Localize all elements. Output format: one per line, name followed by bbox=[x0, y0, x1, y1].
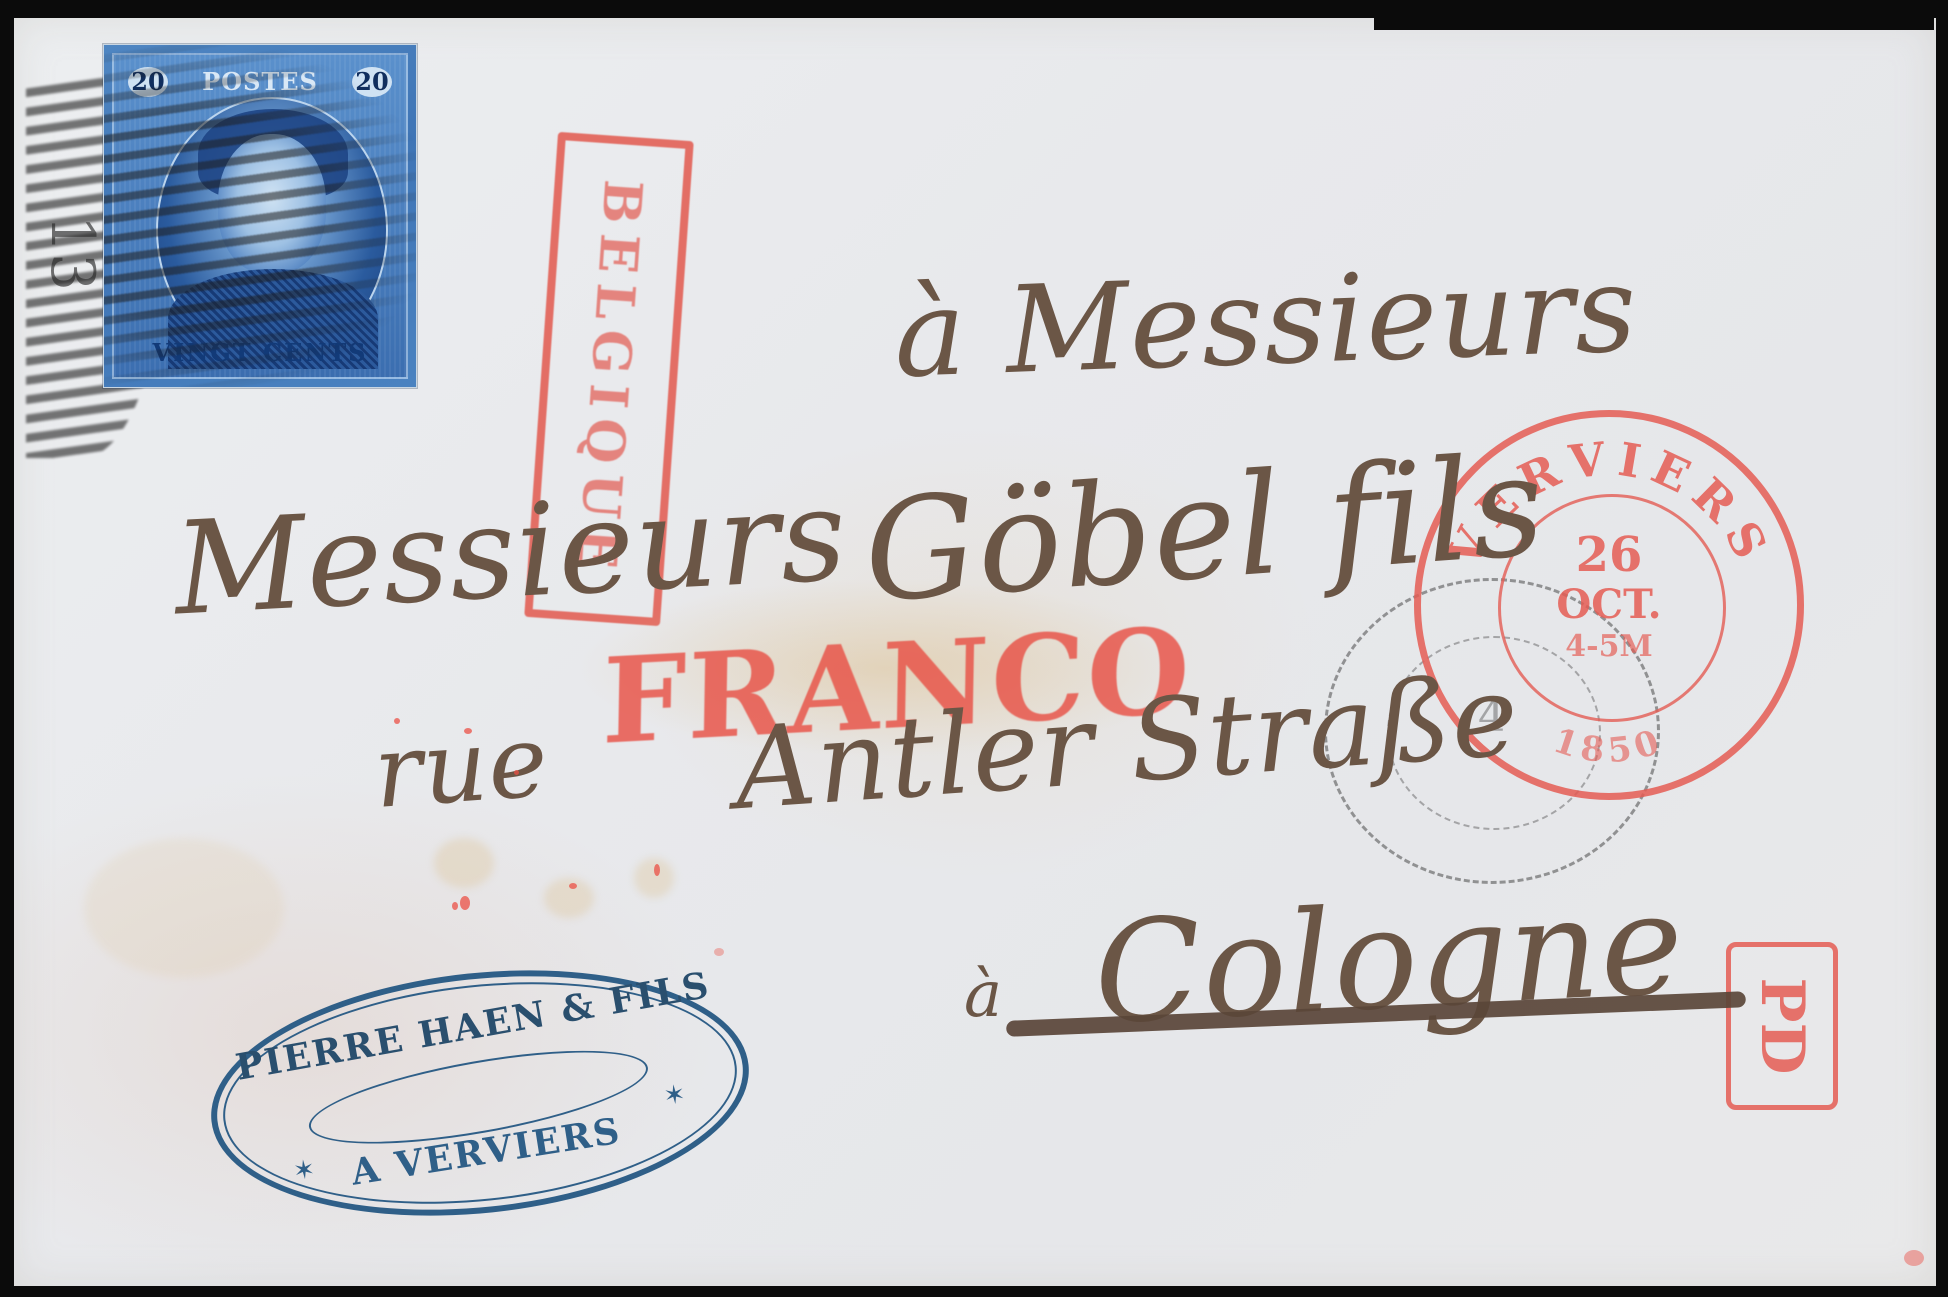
svg-text:1850: 1850 bbox=[1548, 721, 1669, 772]
address-line-a: à bbox=[964, 958, 1003, 1032]
stamp-cancellation-bars bbox=[103, 45, 417, 387]
address-line-salutation: à Messieurs bbox=[892, 240, 1640, 405]
cancellation-number: 13 bbox=[37, 215, 107, 291]
foxing-stain bbox=[634, 858, 674, 898]
cover-top-notch bbox=[1374, 18, 1934, 30]
postage-stamp: 20 POSTES 20 VINGT CENTS bbox=[103, 44, 417, 388]
red-speck bbox=[569, 883, 577, 889]
pd-text: PD bbox=[1747, 977, 1817, 1074]
sender-cachet: PIERRE HAEN & FILS ✶ A VERVIERS ✶ bbox=[199, 945, 761, 1240]
red-speck bbox=[714, 948, 724, 956]
pd-box-mark: PD bbox=[1726, 942, 1838, 1110]
foxing-stain bbox=[84, 838, 284, 978]
red-speck bbox=[452, 902, 458, 910]
red-speck bbox=[1904, 1250, 1924, 1266]
red-speck bbox=[464, 728, 472, 734]
red-speck bbox=[460, 896, 470, 910]
foxing-stain bbox=[434, 838, 494, 888]
red-speck bbox=[394, 718, 400, 724]
red-speck bbox=[654, 864, 660, 876]
postal-cover: 13 20 POSTES 20 VINGT CENTS BELGIQUE FRA… bbox=[14, 18, 1936, 1286]
star-icon: ✶ bbox=[662, 1080, 687, 1112]
red-speck bbox=[514, 770, 519, 775]
